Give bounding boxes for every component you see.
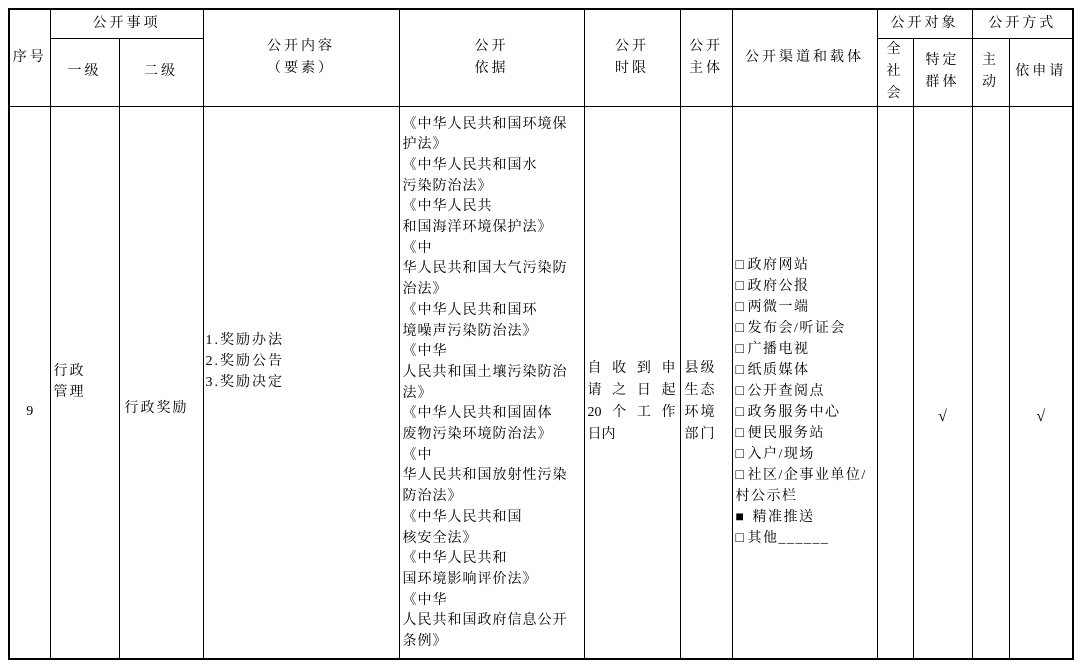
header-channels: 公开渠道和载体 — [732, 9, 877, 106]
cell-on-request-check: √ — [1009, 106, 1073, 659]
channel-label: 发布会/听证会 — [747, 321, 845, 336]
channel-label: 两微一端 — [747, 300, 809, 315]
channel-item: □便民服务站 — [736, 423, 877, 444]
checkbox-icon: □ — [736, 363, 746, 378]
content-item: 3.奖励决定 — [206, 372, 399, 393]
checkbox-icon: □ — [736, 300, 746, 315]
channel-item: □发布会/听证会 — [736, 318, 877, 339]
checkbox-icon: □ — [736, 258, 746, 273]
channel-label: 公开查阅点 — [747, 384, 825, 399]
cell-legal-basis: 《中华人民共和国环境保 护法》 《中华人民共和国水 污染防治法》 《中华人民共 … — [399, 106, 584, 659]
channel-item: □政务服务中心 — [736, 402, 877, 423]
header-content: 公开内容 （要素） — [203, 9, 399, 106]
disclosure-table: 序号 公开事项 公开内容 （要素） 公开 依据 公开 时限 公开 主体 公开渠道… — [8, 8, 1074, 660]
header-method-group: 公开方式 — [972, 9, 1073, 38]
cell-content: 1.奖励办法 2.奖励公告 3.奖励决定 — [203, 106, 399, 659]
checkbox-icon: □ — [736, 468, 746, 483]
header-level1: 一级 — [50, 38, 119, 106]
channel-item: □广播电视 — [736, 339, 877, 360]
channel-item: □纸质媒体 — [736, 360, 877, 381]
channel-label: 社区/企事业单位/ 村公示栏 — [736, 468, 867, 504]
time-limit-line: 自收到申 — [588, 358, 676, 380]
checkbox-icon: □ — [736, 426, 746, 441]
subject-text: 县级生态环境部门 — [685, 358, 725, 446]
cell-whole-society — [877, 106, 913, 659]
checkbox-icon: □ — [736, 321, 746, 336]
channel-item: □公开查阅点 — [736, 381, 877, 402]
channel-label: 广播电视 — [747, 342, 809, 357]
table-row: 9 行政 管理 行政奖励 1.奖励办法 2.奖励公告 3.奖励决定 《中华人民共… — [9, 106, 1073, 659]
header-level2: 二级 — [119, 38, 203, 106]
checkbox-icon: □ — [736, 447, 746, 462]
checkbox-icon: □ — [736, 384, 746, 399]
cell-time-limit: 自收到申 请之日起 20个工作 日内 — [584, 106, 680, 659]
channel-label: 纸质媒体 — [747, 363, 809, 378]
content-item: 1.奖励办法 — [206, 330, 399, 351]
time-limit-line: 日内 — [588, 424, 676, 446]
header-basis: 公开 依据 — [399, 9, 584, 106]
channel-label: 政府网站 — [747, 258, 809, 273]
channel-item: □社区/企事业单位/ 村公示栏 — [736, 465, 877, 507]
channel-item: □入户/现场 — [736, 444, 877, 465]
channel-label: 其他______ — [747, 531, 829, 546]
header-time-limit: 公开 时限 — [584, 9, 680, 106]
cell-level1: 行政 管理 — [50, 106, 119, 659]
header-subject: 公开 主体 — [680, 9, 732, 106]
channel-item: □政府公报 — [736, 276, 877, 297]
cell-proactive — [972, 106, 1009, 659]
cell-channels: □政府网站 □政府公报 □两微一端 □发布会/听证会 □广播电视 □纸质媒体 □… — [732, 106, 877, 659]
cell-level2: 行政奖励 — [119, 106, 203, 659]
checkbox-icon: □ — [736, 342, 746, 357]
header-serial: 序号 — [9, 9, 50, 106]
channel-item: □两微一端 — [736, 297, 877, 318]
cell-specific-groups-check: √ — [913, 106, 972, 659]
checkbox-icon: □ — [736, 279, 746, 294]
table-body: 9 行政 管理 行政奖励 1.奖励办法 2.奖励公告 3.奖励决定 《中华人民共… — [9, 106, 1073, 659]
checkbox-checked-icon: ■ — [736, 510, 746, 525]
channel-item: □其他______ — [736, 528, 877, 549]
cell-serial: 9 — [9, 106, 50, 659]
header-specific-groups: 特定 群体 — [913, 38, 972, 106]
header-proactive: 主 动 — [972, 38, 1009, 106]
header-audience-group: 公开对象 — [877, 9, 972, 38]
header-whole-society: 全 社 会 — [877, 38, 913, 106]
time-limit-line: 20个工作 — [588, 402, 676, 424]
header-disclosure-item-group: 公开事项 — [50, 9, 203, 38]
channel-item: ■ 精准推送 — [736, 507, 877, 528]
channel-label: 精准推送 — [747, 510, 814, 525]
channel-label: 入户/现场 — [747, 447, 814, 462]
checkbox-icon: □ — [736, 405, 746, 420]
channel-label: 政府公报 — [747, 279, 809, 294]
channel-label: 政务服务中心 — [747, 405, 840, 420]
channel-item: □政府网站 — [736, 255, 877, 276]
content-item: 2.奖励公告 — [206, 351, 399, 372]
checkbox-icon: □ — [736, 531, 746, 546]
time-limit-line: 请之日起 — [588, 380, 676, 402]
table-header: 序号 公开事项 公开内容 （要素） 公开 依据 公开 时限 公开 主体 公开渠道… — [9, 9, 1073, 106]
channel-label: 便民服务站 — [747, 426, 825, 441]
cell-subject: 县级生态环境部门 — [680, 106, 732, 659]
header-on-request: 依申请 — [1009, 38, 1073, 106]
